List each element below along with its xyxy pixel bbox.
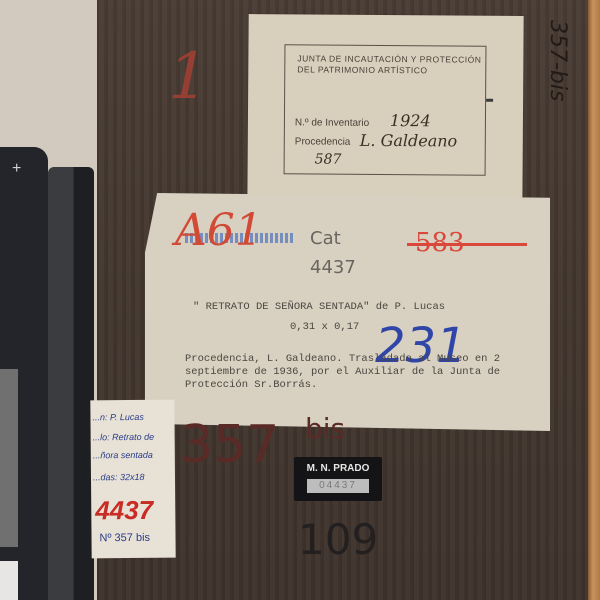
small-label-bottom: Nº 357 bis <box>99 532 150 544</box>
binder-spine <box>48 167 94 600</box>
junta-label: JUNTA DE INCAUTACIÓN Y PROTECCIÓN DEL PA… <box>247 14 523 211</box>
provenance-text: Procedencia, L. Galdeano. Trasladado al … <box>185 353 535 392</box>
device-bottom-panel <box>0 561 18 600</box>
red-strike <box>407 243 527 246</box>
procedencia-value: L. Galdeano <box>360 131 458 151</box>
plus-icon: + <box>12 161 21 177</box>
small-label-line: ...n: P. Lucas <box>92 412 143 422</box>
plate-number: 04437 <box>307 479 369 493</box>
inventario-label: N.º de Inventario <box>295 117 369 129</box>
small-label-line: ...ñora sentada <box>93 450 153 461</box>
prado-plate: M. N. PRADO 04437 <box>294 457 382 501</box>
cat-number: 4437 <box>310 257 356 278</box>
red-number: 4437 <box>95 495 153 527</box>
red-mark: 1 <box>168 40 209 114</box>
dimensions: 0,31 x 0,17 <box>290 321 359 333</box>
plate-title: M. N. PRADO <box>294 463 382 474</box>
device-edge: + <box>0 147 48 600</box>
vertical-inventory-text: 357-bis <box>545 20 570 101</box>
device-screen <box>0 369 18 547</box>
label-mark <box>486 99 493 102</box>
small-label: ...n: P. Lucas ...lo: Retrato de ...ñora… <box>90 400 175 559</box>
painted-number: 357 <box>180 415 279 475</box>
cat-note: Cat <box>310 228 341 249</box>
painted-bis: bis <box>305 412 345 445</box>
small-label-line: ...lo: Retrato de <box>93 432 155 443</box>
junta-label-box: JUNTA DE INCAUTACIÓN Y PROTECCIÓN DEL PA… <box>284 44 487 175</box>
stenciled-number: 109 <box>298 515 378 564</box>
procedencia-label: Procedencia <box>295 136 351 147</box>
junta-header: JUNTA DE INCAUTACIÓN Y PROTECCIÓN DEL PA… <box>297 53 485 76</box>
small-label-line: ...das: 32x18 <box>93 472 145 482</box>
extra-number: 587 <box>315 152 342 168</box>
inventario-value: 1924 <box>390 111 431 130</box>
crossed-red-number: A61 <box>175 205 263 256</box>
painting-title: " RETRATO DE SEÑORA SENTADA" de P. Lucas <box>193 301 445 313</box>
retrato-label: A61 Cat 4437 583 " RETRATO DE SEÑORA SEN… <box>145 193 550 431</box>
frame-edge <box>588 0 600 600</box>
